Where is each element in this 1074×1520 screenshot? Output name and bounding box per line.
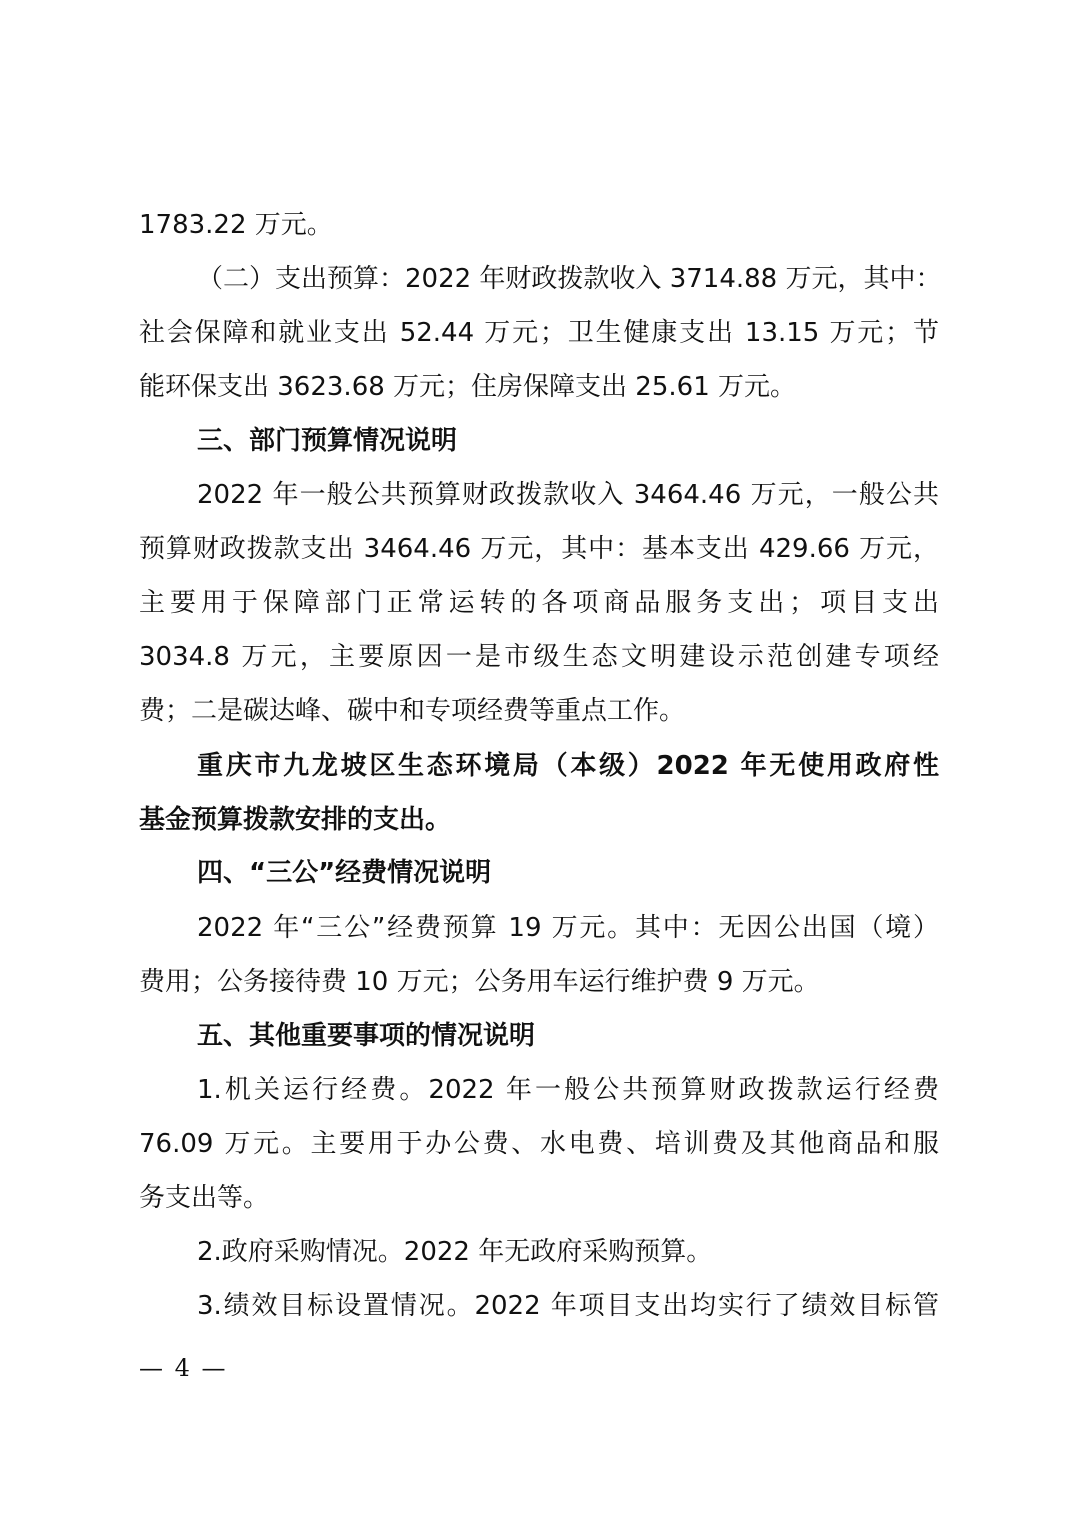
- paragraph-line: 3.绩效目标设置情况。2022 年项目支出均实行了绩效目标管: [197, 1286, 939, 1326]
- paragraph-line: （二）支出预算：2022 年财政拨款收入 3714.88 万元，其中：: [197, 259, 939, 299]
- document-page: 1783.22 万元。 （二）支出预算：2022 年财政拨款收入 3714.88…: [0, 0, 1074, 1520]
- paragraph-line: 主要用于保障部门正常运转的各项商品服务支出；项目支出: [139, 583, 939, 623]
- page-number: — 4 —: [139, 1354, 228, 1382]
- paragraph-line: 2022 年“三公”经费预算 19 万元。其中：无因公出国（境）: [197, 908, 939, 948]
- section-heading-4: 四、“三公”经费情况说明: [197, 853, 939, 893]
- paragraph-line: 1783.22 万元。: [139, 205, 939, 245]
- bold-statement-line: 基金预算拨款安排的支出。: [139, 800, 939, 840]
- paragraph-line: 能环保支出 3623.68 万元；住房保障支出 25.61 万元。: [139, 367, 939, 407]
- section-heading-5: 五、其他重要事项的情况说明: [197, 1016, 939, 1056]
- bold-statement-line: 重庆市九龙坡区生态环境局（本级）2022 年无使用政府性: [197, 746, 939, 786]
- paragraph-line: 费用；公务接待费 10 万元；公务用车运行维护费 9 万元。: [139, 962, 939, 1002]
- paragraph-line: 1.机关运行经费。2022 年一般公共预算财政拨款运行经费: [197, 1070, 939, 1110]
- paragraph-line: 76.09 万元。主要用于办公费、水电费、培训费及其他商品和服: [139, 1124, 939, 1164]
- section-heading-3: 三、部门预算情况说明: [197, 421, 939, 461]
- paragraph-line: 务支出等。: [139, 1178, 939, 1218]
- paragraph-line: 2.政府采购情况。2022 年无政府采购预算。: [197, 1232, 939, 1272]
- paragraph-line: 预算财政拨款支出 3464.46 万元，其中：基本支出 429.66 万元，: [139, 529, 939, 569]
- paragraph-line: 社会保障和就业支出 52.44 万元；卫生健康支出 13.15 万元；节: [139, 313, 939, 353]
- paragraph-line: 2022 年一般公共预算财政拨款收入 3464.46 万元，一般公共: [197, 475, 939, 515]
- paragraph-line: 费；二是碳达峰、碳中和专项经费等重点工作。: [139, 691, 939, 731]
- paragraph-line: 3034.8 万元，主要原因一是市级生态文明建设示范创建专项经: [139, 637, 939, 677]
